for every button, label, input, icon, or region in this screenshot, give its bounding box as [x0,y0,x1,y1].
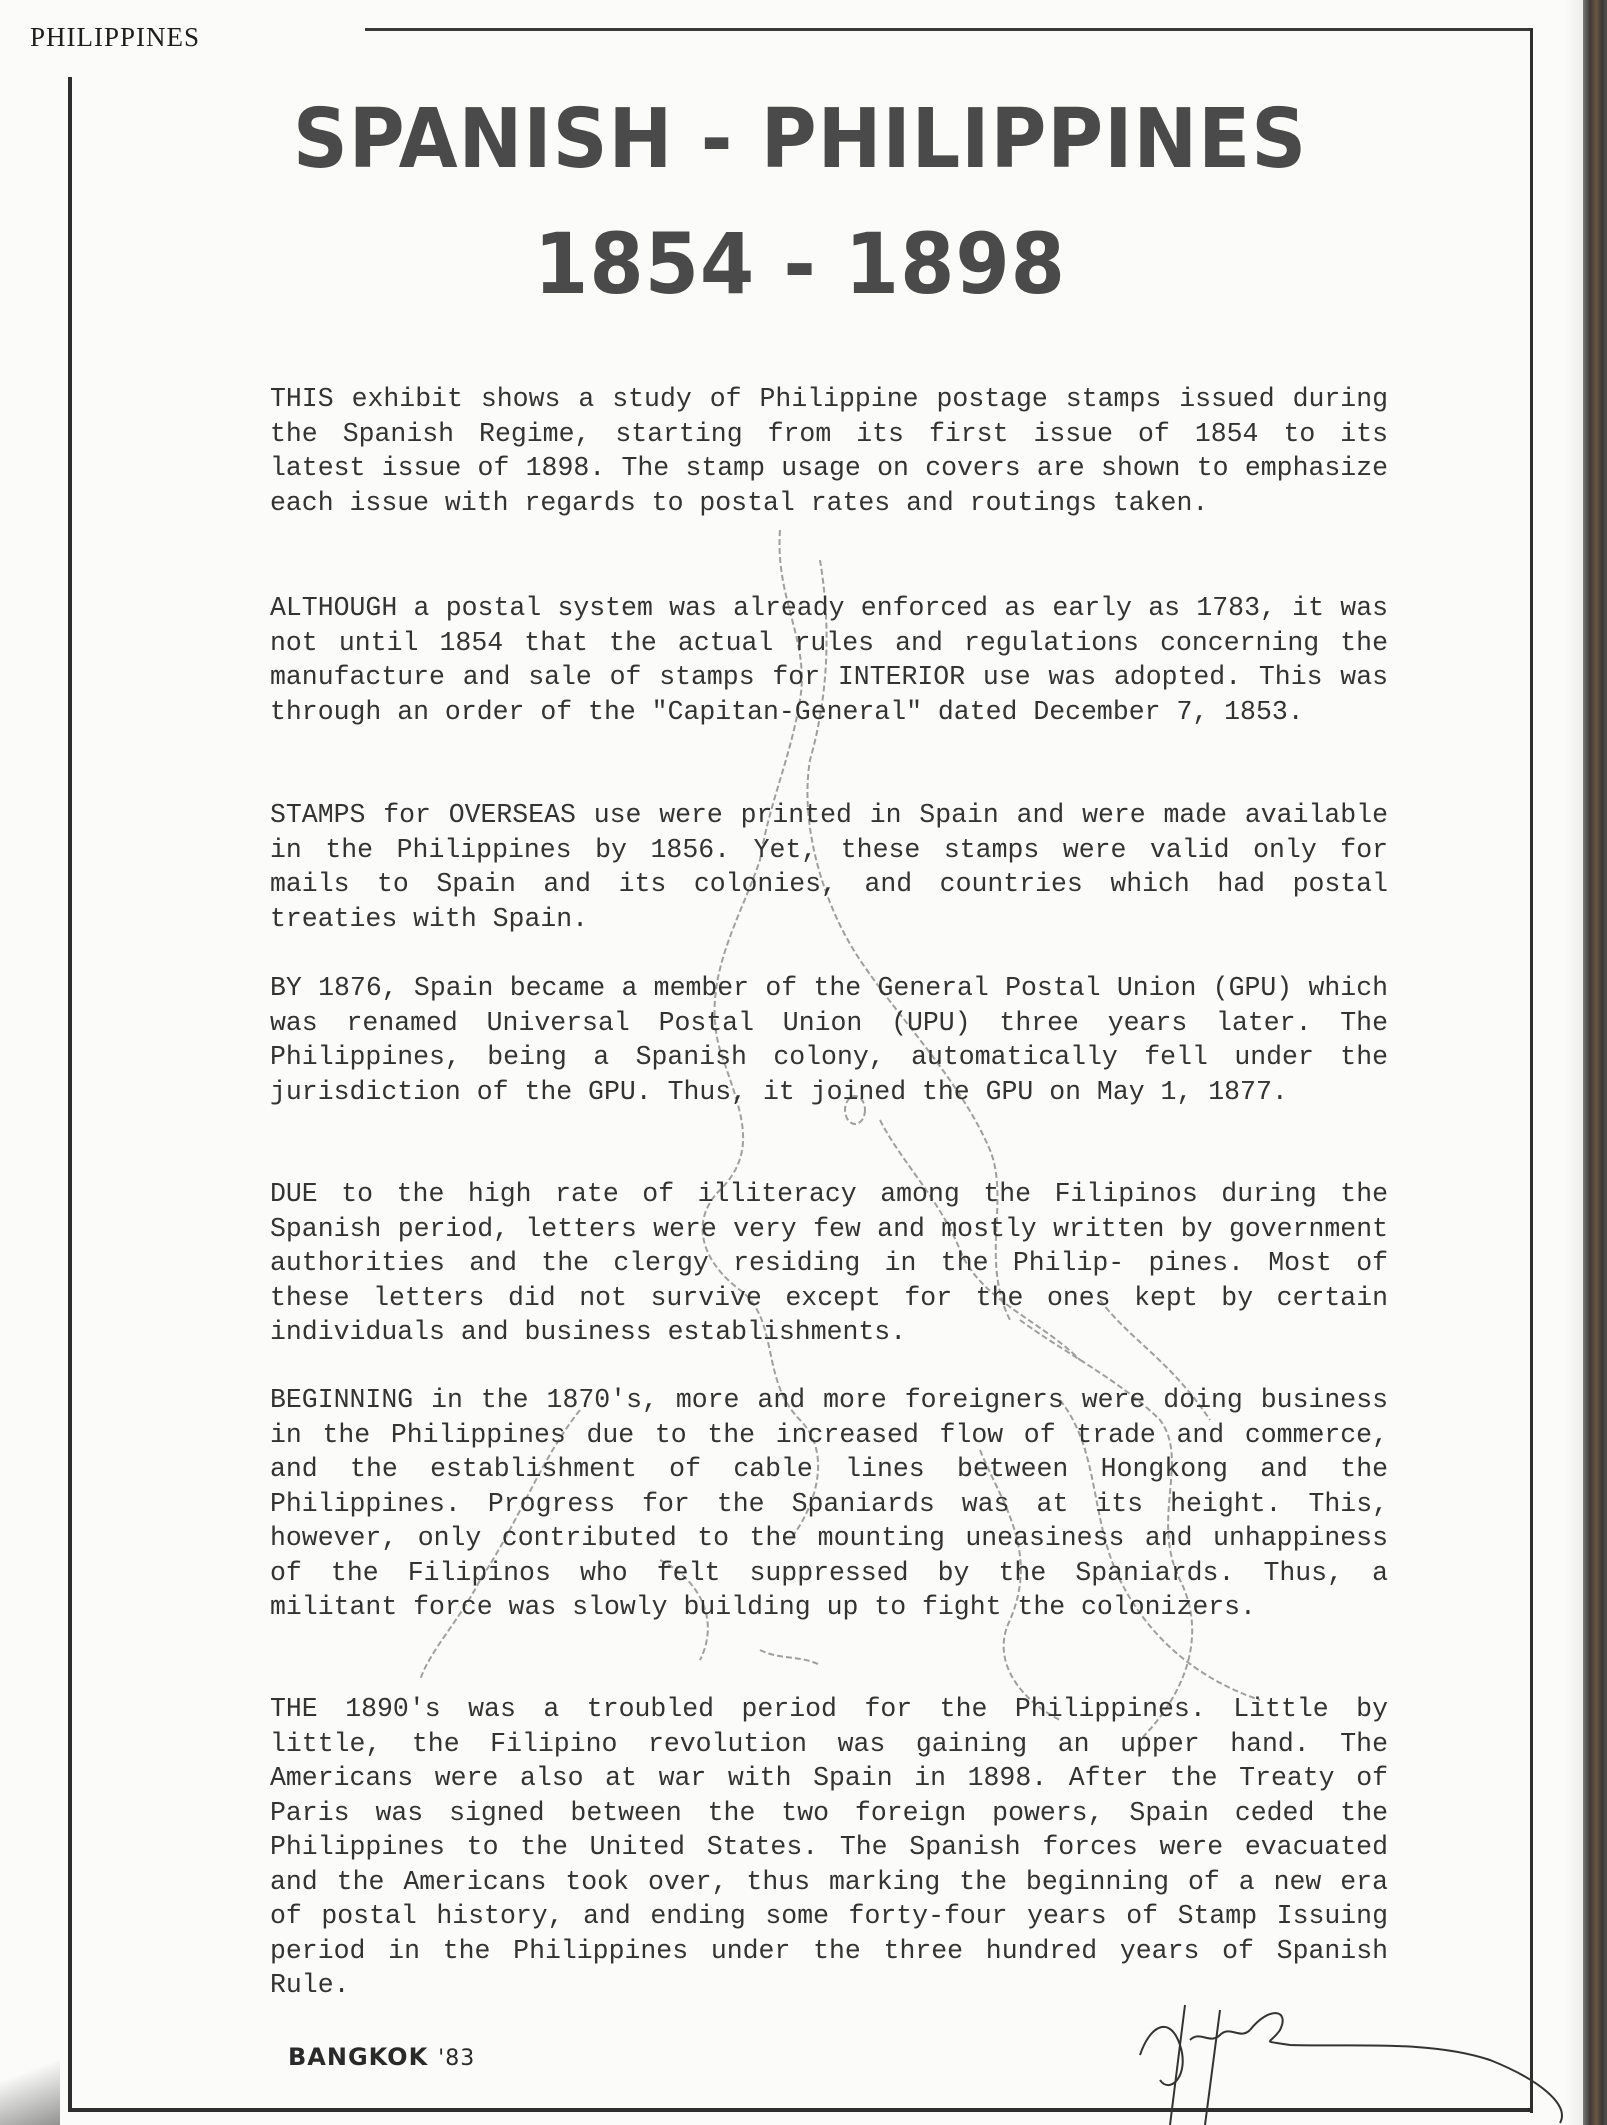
page-title: SPANISH - PHILIPPINES [56,92,1544,187]
paragraph-1890s: THE 1890's was a troubled period for the… [270,1692,1388,2003]
paragraph-foreigners: BEGINNING in the 1870's, more and more f… [270,1383,1388,1625]
signature [1130,1985,1590,2125]
left-border-rule [68,77,72,2111]
page-title-years: 1854 - 1898 [56,215,1544,313]
paragraph-intro: THIS exhibit shows a study of Philippine… [270,382,1388,520]
paragraph-illiteracy: DUE to the high rate of illiteracy among… [270,1177,1388,1350]
footer-city: BANGKOK [288,2043,428,2071]
paragraph-overseas-stamps: STAMPS for OVERSEAS use were printed in … [270,798,1388,936]
paragraph-gpu: BY 1876, Spain became a member of the Ge… [270,971,1388,1109]
top-border-rule [365,28,1533,31]
right-border-rule [1530,28,1533,2113]
book-binding-edge [1583,0,1607,2125]
footer-year: '83 [438,2046,475,2071]
section-label: PHILIPPINES [30,22,200,53]
page-corner-shadow [0,2000,60,2125]
page-edge-shade [1565,0,1583,2125]
paragraph-postal-system: ALTHOUGH a postal system was already enf… [270,591,1388,729]
footer-exhibition: BANGKOK'83 [288,2043,475,2071]
